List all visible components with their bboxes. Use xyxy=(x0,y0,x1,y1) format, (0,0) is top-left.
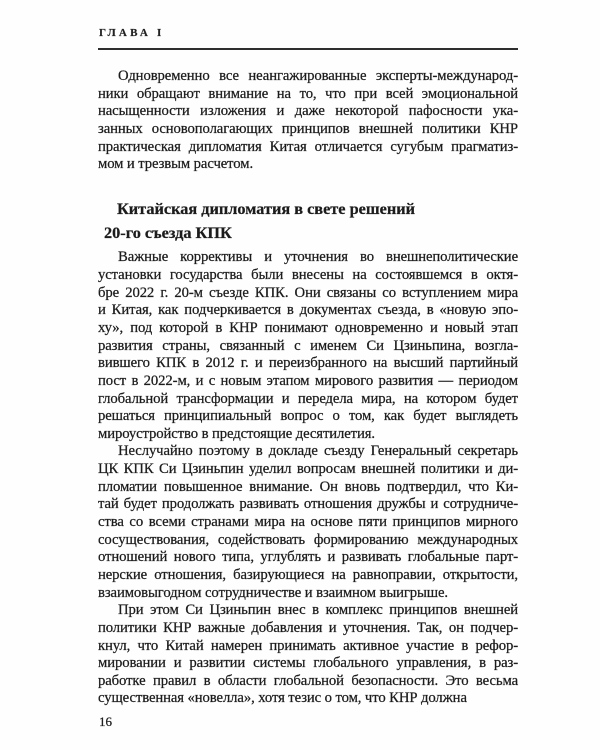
text-line: ху», под которой в КНР понимают одноврем… xyxy=(98,320,518,338)
text-line: Важные коррективы и уточнения во внешнеп… xyxy=(98,249,518,267)
text-line: пломатии повышенное внимание. Он вновь п… xyxy=(98,479,518,497)
text-line: мом и трезвым расчетом. xyxy=(98,156,518,174)
text-line: политики КНР важные добавления и уточнен… xyxy=(98,620,518,638)
text-line: ники обращают внимание на то, что при вс… xyxy=(98,86,518,104)
text-line: глобальной трансформации и передела мира… xyxy=(98,391,518,409)
paragraph: При этом Си Цзиньпин внес в комплекс при… xyxy=(98,602,518,708)
text-line: установки государства были внесены на со… xyxy=(98,267,518,285)
text-line: работке правил в области глобальной безо… xyxy=(98,673,518,691)
text-line: кнул, что Китай намерен принимать активн… xyxy=(98,638,518,656)
text-line: тай будет продолжать развивать отношения… xyxy=(98,496,518,514)
section-heading: Китайская дипломатия в свете решений20-г… xyxy=(104,197,518,244)
page-body: Одновременно все неангажированные экспер… xyxy=(98,68,518,708)
text-line: насыщенности изложения и даже некоторой … xyxy=(98,103,518,121)
text-line: и Китая, как подчеркивается в документах… xyxy=(98,302,518,320)
text-line: развития страны, связанный с именем Си Ц… xyxy=(98,338,518,356)
text-line: взаимовыгодном сотрудничестве и взаимном… xyxy=(98,585,518,603)
text-line: отношений нового типа, углублять и разви… xyxy=(98,549,518,567)
text-line: занных основополагающих принципов внешне… xyxy=(98,121,518,139)
text-line: ЦК КПК Си Цзиньпин уделил вопросам внешн… xyxy=(98,461,518,479)
text-line: вившего КПК в 2012 г. и переизбранного н… xyxy=(98,355,518,373)
text-line: Одновременно все неангажированные экспер… xyxy=(98,68,518,86)
text-line: пост в 2022-м, и с новым этапом мирового… xyxy=(98,373,518,391)
paragraph: Одновременно все неангажированные экспер… xyxy=(98,68,518,174)
text-line: ства со всеми странами мира на основе пя… xyxy=(98,514,518,532)
paragraph: Неслучайно поэтому в докладе съезду Гене… xyxy=(98,443,518,602)
text-line: решаться принципиальный вопрос о том, ка… xyxy=(98,408,518,426)
text-line: существенная «новелла», хотя тезис о том… xyxy=(98,690,518,708)
text-line: бре 2022 г. 20-м съезде КПК. Они связаны… xyxy=(98,285,518,303)
text-line: практическая дипломатия Китая отличается… xyxy=(98,139,518,157)
text-line: сосуществования, содействовать формирова… xyxy=(98,532,518,550)
text-line: нерские отношения, базирующиеся на равно… xyxy=(98,567,518,585)
chapter-rule xyxy=(98,48,518,50)
heading-line: 20-го съезда КПК xyxy=(104,221,518,245)
text-line: Неслучайно поэтому в докладе съезду Гене… xyxy=(98,443,518,461)
text-line: мироустройство в предстоящие десятилетия… xyxy=(98,426,518,444)
scanned-book-page: ГЛАВА I Одновременно все неангажированны… xyxy=(0,0,600,750)
running-head: ГЛАВА I xyxy=(99,27,165,39)
text-line: мировании и развитии системы глобального… xyxy=(98,655,518,673)
paragraph: Важные коррективы и уточнения во внешнеп… xyxy=(98,249,518,443)
heading-line: Китайская дипломатия в свете решений xyxy=(104,197,518,221)
page-number: 16 xyxy=(99,714,112,730)
text-line: При этом Си Цзиньпин внес в комплекс при… xyxy=(98,602,518,620)
